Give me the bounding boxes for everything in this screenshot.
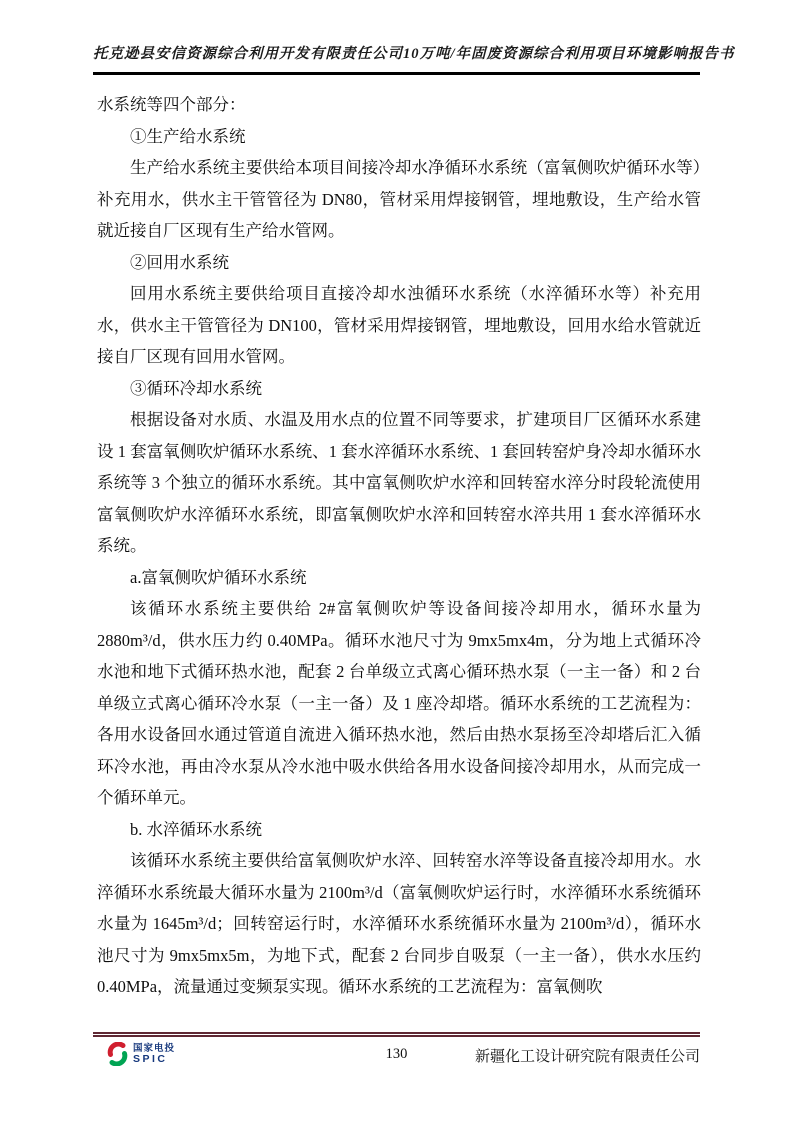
paragraph: 水系统等四个部分：: [97, 89, 701, 121]
paragraph: 该循环水系统主要供给 2#富氧侧吹炉等设备间接冷却用水，循环水量为 2880m³…: [97, 593, 701, 814]
header-rule: [93, 72, 700, 75]
section-heading: ②回用水系统: [97, 247, 701, 279]
footer-rule: [93, 1032, 700, 1037]
page-header: 托克逊县安信资源综合利用开发有限责任公司10万吨/年固废资源综合利用项目环境影响…: [93, 42, 700, 63]
paragraph: 该循环水系统主要供给富氧侧吹炉水淬、回转窑水淬等设备直接冷却用水。水淬循环水系统…: [97, 845, 701, 1003]
section-heading: ③循环冷却水系统: [97, 373, 701, 405]
paragraph: 回用水系统主要供给项目直接冷却水浊循环水系统（水淬循环水等）补充用水，供水主干管…: [97, 278, 701, 373]
report-title: 托克逊县安信资源综合利用开发有限责任公司10万吨/年固废资源综合利用项目环境影响…: [93, 42, 700, 63]
page-footer: 国家电投 SPIC 130 新疆化工设计研究院有限责任公司: [93, 1040, 700, 1076]
subsection-heading: b. 水淬循环水系统: [97, 814, 701, 846]
section-heading: ①生产给水系统: [97, 121, 701, 153]
subsection-heading: a.富氧侧吹炉循环水系统: [97, 562, 701, 594]
document-page: { "header": { "title": "托克逊县安信资源综合利用开发有限…: [0, 0, 793, 1122]
paragraph: 根据设备对水质、水温及用水点的位置不同等要求，扩建项目厂区循环水系建设 1 套富…: [97, 404, 701, 562]
footer-company-name: 新疆化工设计研究院有限责任公司: [475, 1045, 700, 1066]
document-body: 水系统等四个部分： ①生产给水系统 生产给水系统主要供给本项目间接冷却水净循环水…: [97, 89, 701, 1003]
paragraph: 生产给水系统主要供给本项目间接冷却水净循环水系统（富氧侧吹炉循环水等）补充用水，…: [97, 152, 701, 247]
